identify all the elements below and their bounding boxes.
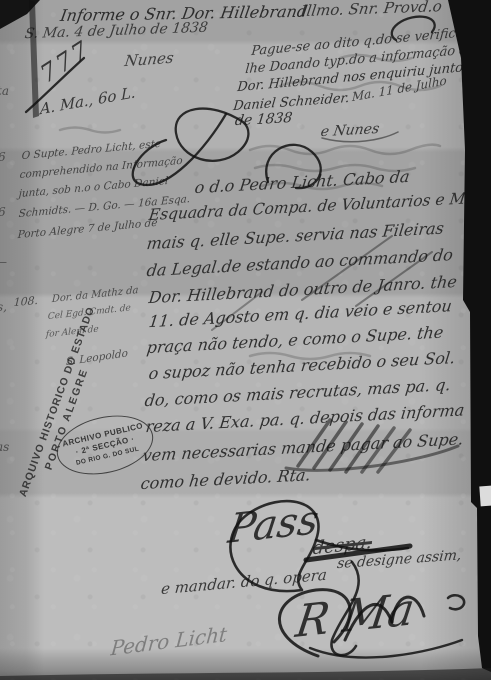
edge-fragment: 6: [0, 150, 6, 164]
place-date-note: A. Ma., 6o L.: [40, 83, 136, 118]
dispatch-line: Illmo. Snr. Provd.o: [299, 0, 443, 20]
signature-nunes: Nunes: [123, 49, 174, 71]
left-crease: [29, 0, 39, 118]
signature-nunes: e Nunes: [319, 121, 380, 140]
edge-fragment: as: [0, 440, 9, 454]
dispatch-date: S. Ma. 4 de Julho de 1838: [24, 20, 209, 42]
manuscript-page: ARQUIVO HISTORICO DO ESTADO PORTO ALEGRE…: [0, 0, 491, 680]
closing-line: e mandar. do q. opera: [160, 566, 327, 599]
right-edge-shadow: [448, 0, 491, 672]
right-edge-notch: [479, 486, 491, 507]
edge-fragment: ta: [0, 84, 9, 98]
body-line: vem necessarias mande pagar ao Supe.: [142, 429, 465, 465]
body-line: o d.o Pedro Licht. Cabo da: [194, 167, 411, 197]
closing-big-word: Pass: [225, 497, 321, 553]
rubric-signature: R Ma: [293, 584, 418, 648]
edge-fragment: s,: [0, 300, 7, 314]
signature-pedro-licht: Pedro Licht: [110, 622, 228, 661]
edge-fragment: —: [0, 255, 7, 269]
margin-note-line: Porto Alegre 7 de Julho de: [17, 217, 157, 241]
margin-note-line: Dor. da Mathz da: [52, 285, 139, 305]
margin-note-line: 108.: [13, 294, 38, 309]
top-left-corner-shadow: [0, 0, 40, 29]
body-line: como he devido. Rta.: [140, 465, 312, 493]
dispatch-year: de 1838: [234, 110, 293, 129]
bottom-edge-shadow: [0, 668, 491, 680]
edge-fragment: 6: [0, 205, 6, 219]
archive-number: 777: [36, 34, 95, 89]
